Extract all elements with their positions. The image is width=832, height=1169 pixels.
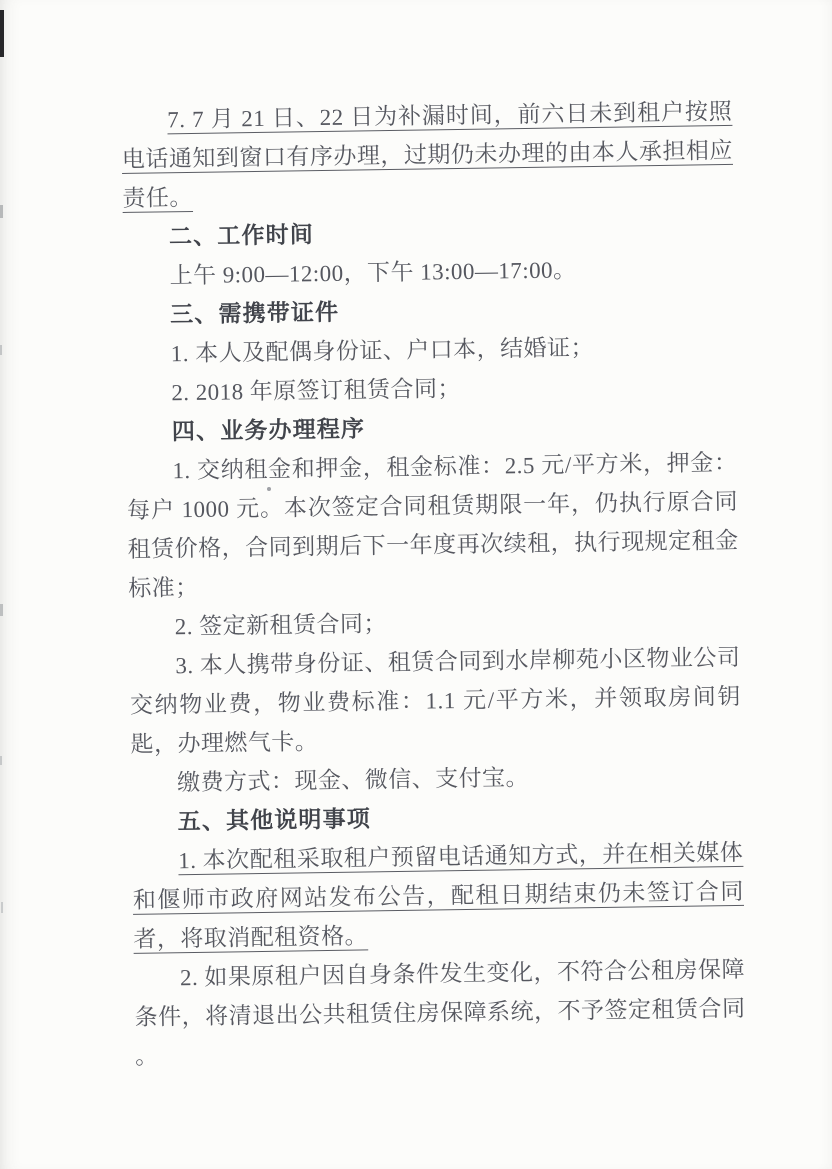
scanned-document-page: 7. 7 月 21 日、22 日为补漏时间，前六日未到租户按照电话通知到窗口有序… xyxy=(0,0,832,1169)
paragraph: 1. 交纳租金和押金，租金标准：2.5 元/平方米，押金：每户 1000 元。本… xyxy=(126,443,739,608)
paragraph: 3. 本人携带身份证、租赁合同到水岸柳苑小区物业公司交纳物业费，物业费标准：1.… xyxy=(129,638,742,764)
scan-edge-artifact xyxy=(0,604,3,616)
paragraph: 1. 本次配租采取租户预留电话通知方式，并在相关媒体和偃师市政府网站发布公告，配… xyxy=(132,833,745,959)
scan-edge-artifact xyxy=(0,345,2,355)
document-body: 7. 7 月 21 日、22 日为补漏时间，前六日未到租户按照电话通知到窗口有序… xyxy=(121,92,746,1076)
scan-edge-artifact xyxy=(0,205,3,218)
scan-edge-artifact xyxy=(0,10,4,57)
scan-edge-artifact xyxy=(1,902,3,913)
paragraph: 2. 如果原租户因自身条件发生变化，不符合公租房保障条件，将清退出公共租赁住房保… xyxy=(134,950,747,1076)
scan-edge-artifact xyxy=(0,756,2,765)
paragraph: 7. 7 月 21 日、22 日为补漏时间，前六日未到租户按照电话通知到窗口有序… xyxy=(121,92,734,218)
